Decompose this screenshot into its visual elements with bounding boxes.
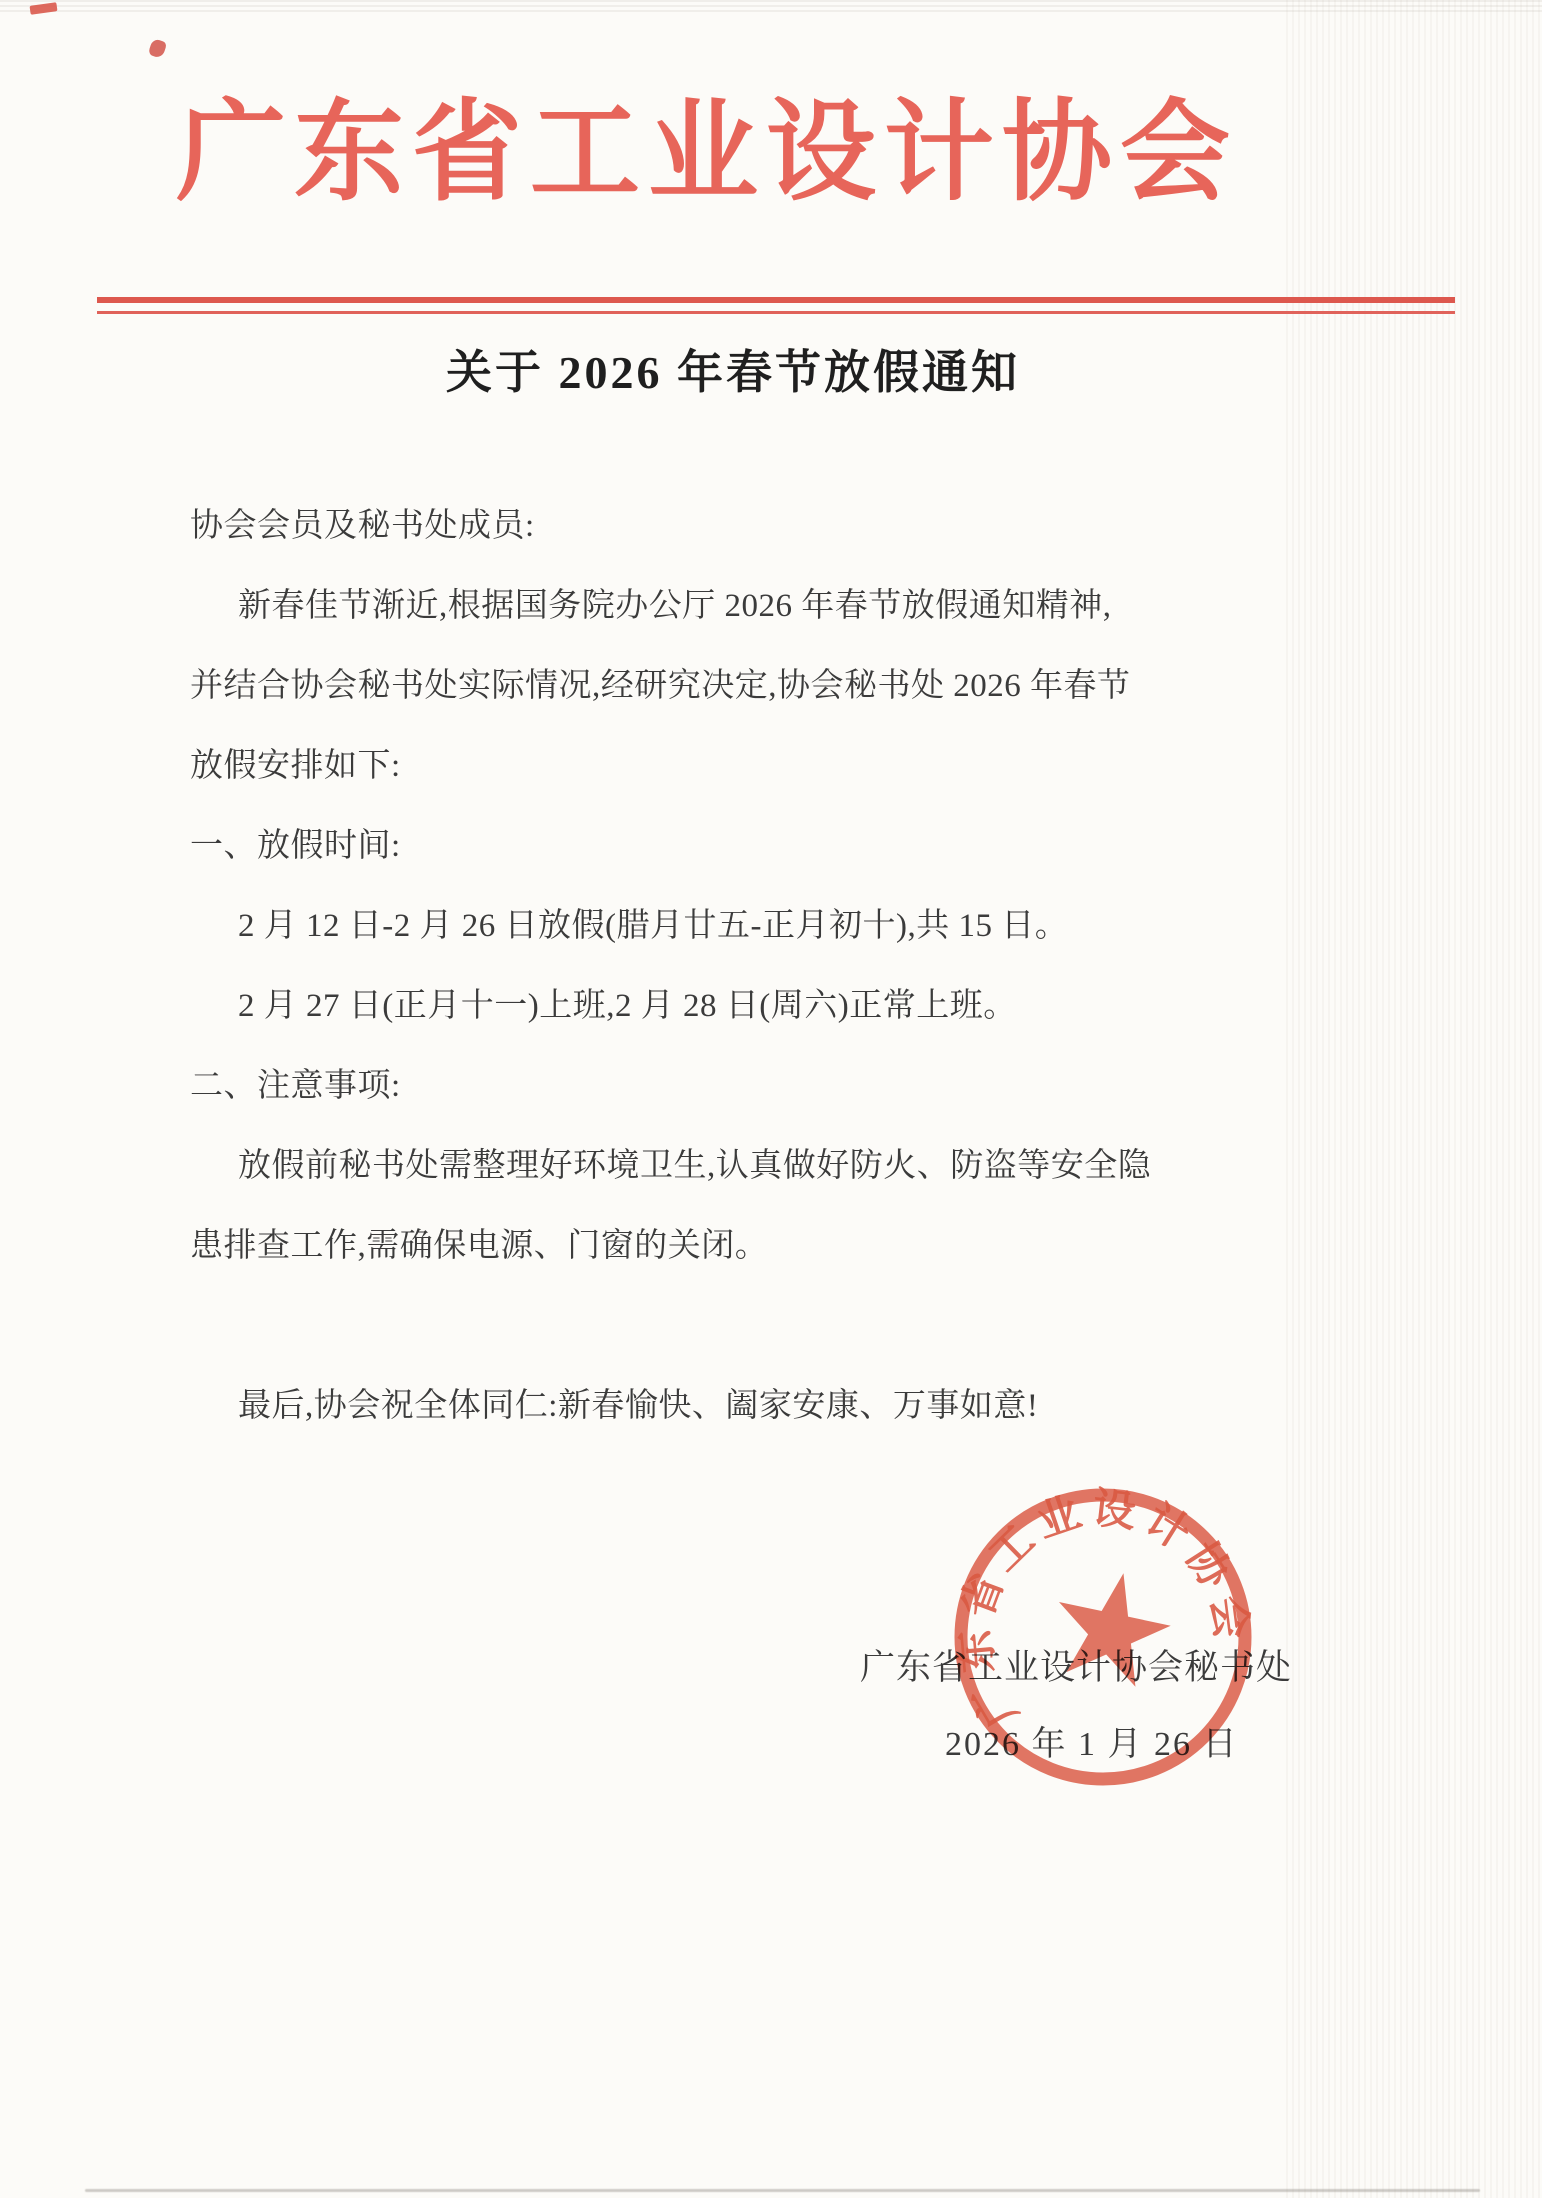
document-line: 并结合协会秘书处实际情况,经研究决定,协会秘书处 2026 年春节: [190, 646, 1190, 726]
red-ink-mark: [148, 38, 168, 59]
document-line: 新春佳节渐近,根据国务院办公厅 2026 年春节放假通知精神,: [190, 566, 1190, 646]
red-ink-mark: [30, 2, 58, 15]
document-title: 关于 2026 年春节放假通知: [0, 336, 1504, 402]
document-line: 放假安排如下:: [190, 726, 1190, 806]
document-body: 协会会员及秘书处成员: 新春佳节渐近,根据国务院办公厅 2026 年春节放假通知…: [190, 486, 1190, 1446]
seal-star-icon: [1045, 1561, 1179, 1691]
document-line: 患排查工作,需确保电源、门窗的关闭。: [190, 1206, 1190, 1286]
document-line: 2 月 12 日-2 月 26 日放假(腊月廿五-正月初十),共 15 日。: [190, 886, 1190, 966]
official-seal: 广东省工业设计协会: [948, 1482, 1258, 1792]
letterhead-org-name: 广东省工业设计协会: [0, 96, 1478, 212]
scanned-notice-page: 广东省工业设计协会 关于 2026 年春节放假通知 协会会员及秘书处成员: 新春…: [0, 0, 1542, 2198]
paragraph-lines: 新春佳节渐近,根据国务院办公厅 2026 年春节放假通知精神,并结合协会秘书处实…: [190, 566, 1190, 1446]
document-line: [190, 1286, 1190, 1366]
document-line: 2 月 27 日(正月十一)上班,2 月 28 日(周六)正常上班。: [190, 966, 1190, 1046]
scan-artifact-top: [0, 0, 1542, 12]
document-line: 一、放假时间:: [190, 806, 1190, 886]
document-line: 最后,协会祝全体同仁:新春愉快、阖家安康、万事如意!: [190, 1366, 1190, 1446]
document-line: 二、注意事项:: [190, 1046, 1190, 1126]
scan-artifact-bottom-edge: [85, 2189, 1480, 2192]
document-line: 放假前秘书处需整理好环境卫生,认真做好防火、防盗等安全隐: [190, 1126, 1190, 1206]
scan-artifact-right: [1286, 0, 1542, 2198]
letterhead-rule-thick: [97, 297, 1455, 303]
salutation: 协会会员及秘书处成员:: [190, 486, 1190, 566]
letterhead-rule-thin: [97, 311, 1455, 314]
